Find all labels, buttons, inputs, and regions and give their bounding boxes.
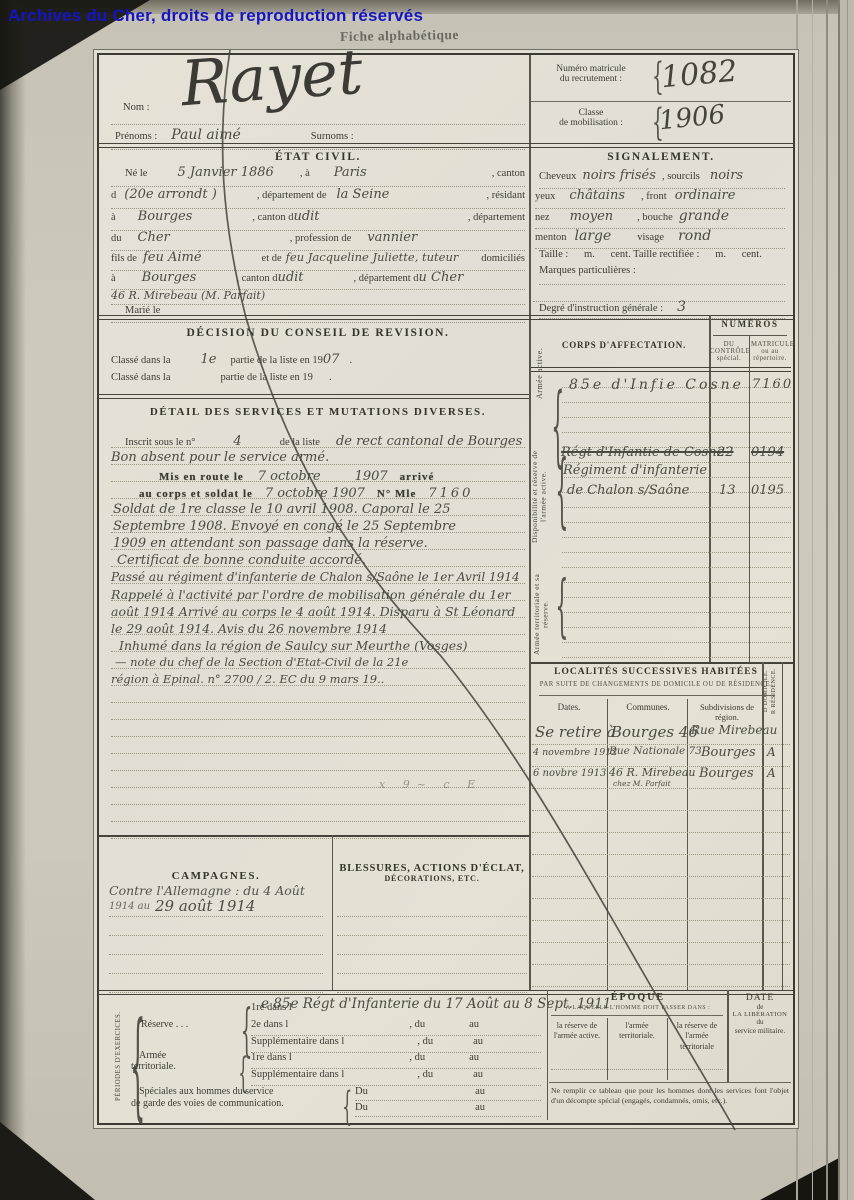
- scanned-register-page: Archives du Cher, droits de reproduction…: [0, 0, 854, 1200]
- pen-stroke-cancellation: [0, 0, 854, 1200]
